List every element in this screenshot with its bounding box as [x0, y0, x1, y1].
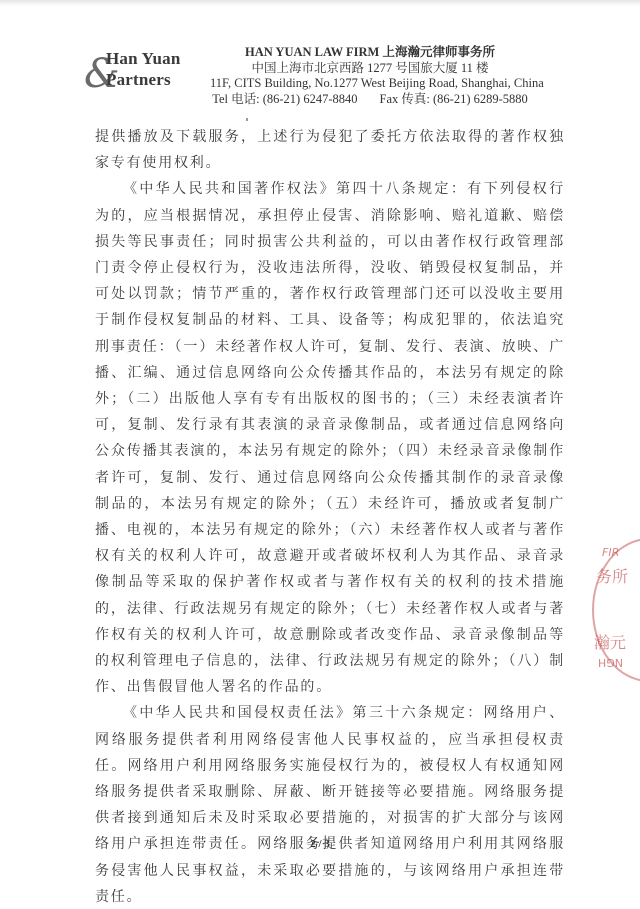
telephone: Tel 电话: (86-21) 6247-8840 — [212, 92, 357, 106]
document-body: 提供播放及下载服务，上述行为侵犯了委托方依法取得的著作权独家专有使用权利。 《中… — [95, 124, 565, 909]
tel-fax-row: Tel 电话: (86-21) 6247-8840Fax 传真: (86-21)… — [210, 92, 530, 108]
firm-title: HAN YUAN LAW FIRM 上海瀚元律师事务所 — [210, 45, 530, 61]
firm-contact-info: HAN YUAN LAW FIRM 上海瀚元律师事务所 中国上海市北京西路 12… — [210, 45, 530, 107]
seal-mid-text: 务所 — [596, 564, 628, 587]
address-english: 11F, CITS Building, No.1277 West Beijing… — [210, 76, 530, 92]
fax: Fax 传真: (86-21) 6289-5880 — [380, 92, 528, 106]
seal-bottom-text: NGH — [598, 656, 623, 669]
red-seal-stamp: FIR 务所 瀚元 NGH — [592, 538, 640, 682]
page-number: 2 / 3 — [0, 838, 640, 850]
paragraph-tort-law: 《中华人民共和国侵权责任法》第三十六条规定：网络用户、网络服务提供者利用网络侵害… — [95, 700, 565, 909]
letterhead: & Han Yuan Partners HAN YUAN LAW FIRM 上海… — [0, 40, 640, 110]
address-chinese: 中国上海市北京西路 1277 号国旅大厦 11 楼 — [210, 61, 530, 77]
page-top-edge — [0, 0, 640, 6]
ampersand-logo-icon: & — [84, 52, 106, 96]
logo-line-1: Han Yuan — [106, 48, 181, 69]
paragraph-copyright-law: 《中华人民共和国著作权法》第四十八条规定：有下列侵权行为的，应当根据情况，承担停… — [95, 176, 565, 700]
seal-low-text: 瀚元 — [594, 630, 626, 653]
scan-speck — [246, 118, 248, 121]
firm-logo: & Han Yuan Partners — [84, 48, 204, 98]
logo-line-2: Partners — [106, 69, 181, 90]
paragraph-continuation: 提供播放及下载服务，上述行为侵犯了委托方依法取得的著作权独家专有使用权利。 — [95, 124, 565, 176]
seal-top-text: FIR — [602, 546, 619, 559]
logo-wordmark: Han Yuan Partners — [106, 48, 181, 90]
